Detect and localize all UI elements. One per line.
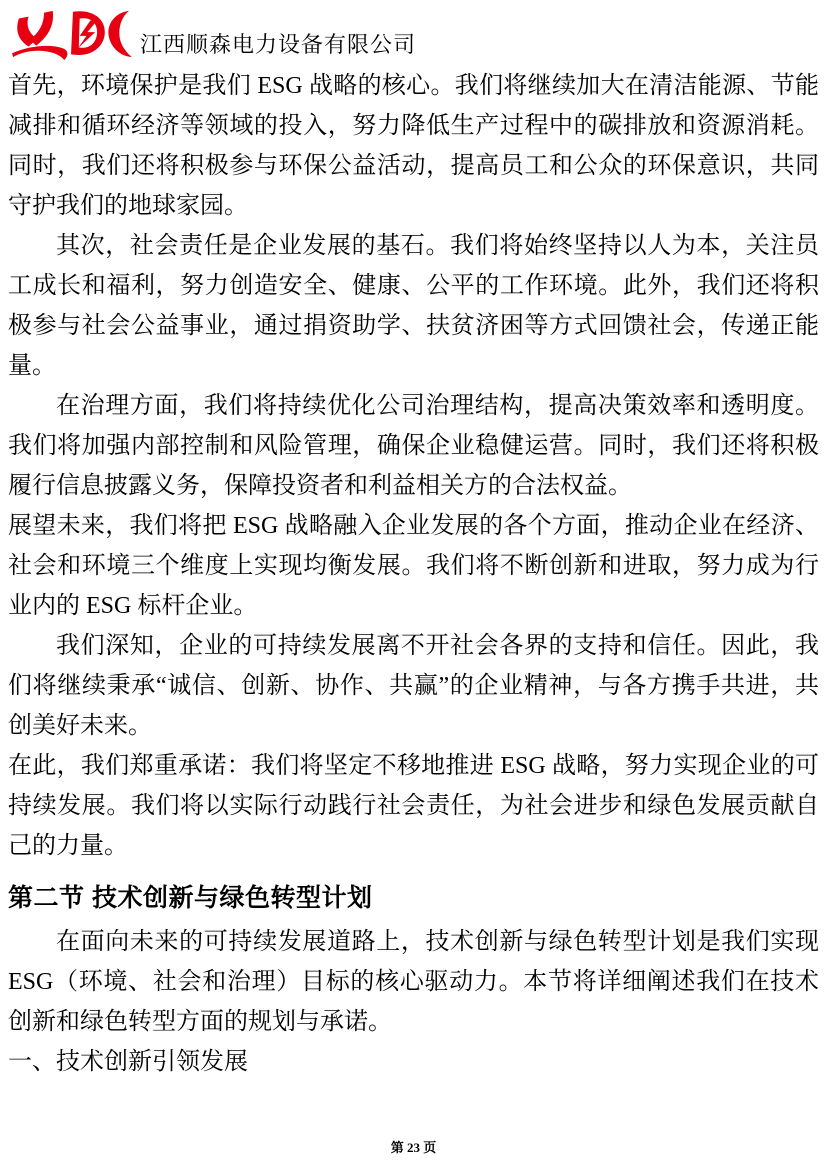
company-name: 江西顺森电力设备有限公司 — [140, 34, 416, 62]
paragraph-environment: 首先，环境保护是我们 ESG 战略的核心。我们将继续加大在清洁能源、节能减排和循… — [8, 66, 819, 226]
company-logo-icon — [8, 6, 136, 62]
page-footer: 第 23 页 — [0, 1140, 827, 1156]
subsection-heading: 一、技术创新引领发展 — [8, 1042, 819, 1082]
page-number: 第 23 页 — [391, 1140, 437, 1155]
paragraph-section-intro: 在面向未来的可持续发展道路上，技术创新与绿色转型计划是我们实现 ESG（环境、社… — [8, 922, 819, 1042]
paragraph-commitment: 在此，我们郑重承诺：我们将坚定不移地推进 ESG 战略，努力实现企业的可持续发展… — [8, 746, 819, 866]
paragraph-governance: 在治理方面，我们将持续优化公司治理结构，提高决策效率和透明度。我们将加强内部控制… — [8, 386, 819, 506]
document-content: 首先，环境保护是我们 ESG 战略的核心。我们将继续加大在清洁能源、节能减排和循… — [0, 62, 827, 1082]
page-header: 江西顺森电力设备有限公司 — [0, 0, 827, 62]
section-heading: 第二节 技术创新与绿色转型计划 — [8, 878, 819, 918]
document-page: 江西顺森电力设备有限公司 首先，环境保护是我们 ESG 战略的核心。我们将继续加… — [0, 0, 827, 1164]
paragraph-outlook: 展望未来，我们将把 ESG 战略融入企业发展的各个方面，推动企业在经济、社会和环… — [8, 506, 819, 626]
paragraph-company-spirit: 我们深知，企业的可持续发展离不开社会各界的支持和信任。因此，我们将继续秉承“诚信… — [8, 626, 819, 746]
paragraph-social-responsibility: 其次，社会责任是企业发展的基石。我们将始终坚持以人为本，关注员工成长和福利，努力… — [8, 226, 819, 386]
